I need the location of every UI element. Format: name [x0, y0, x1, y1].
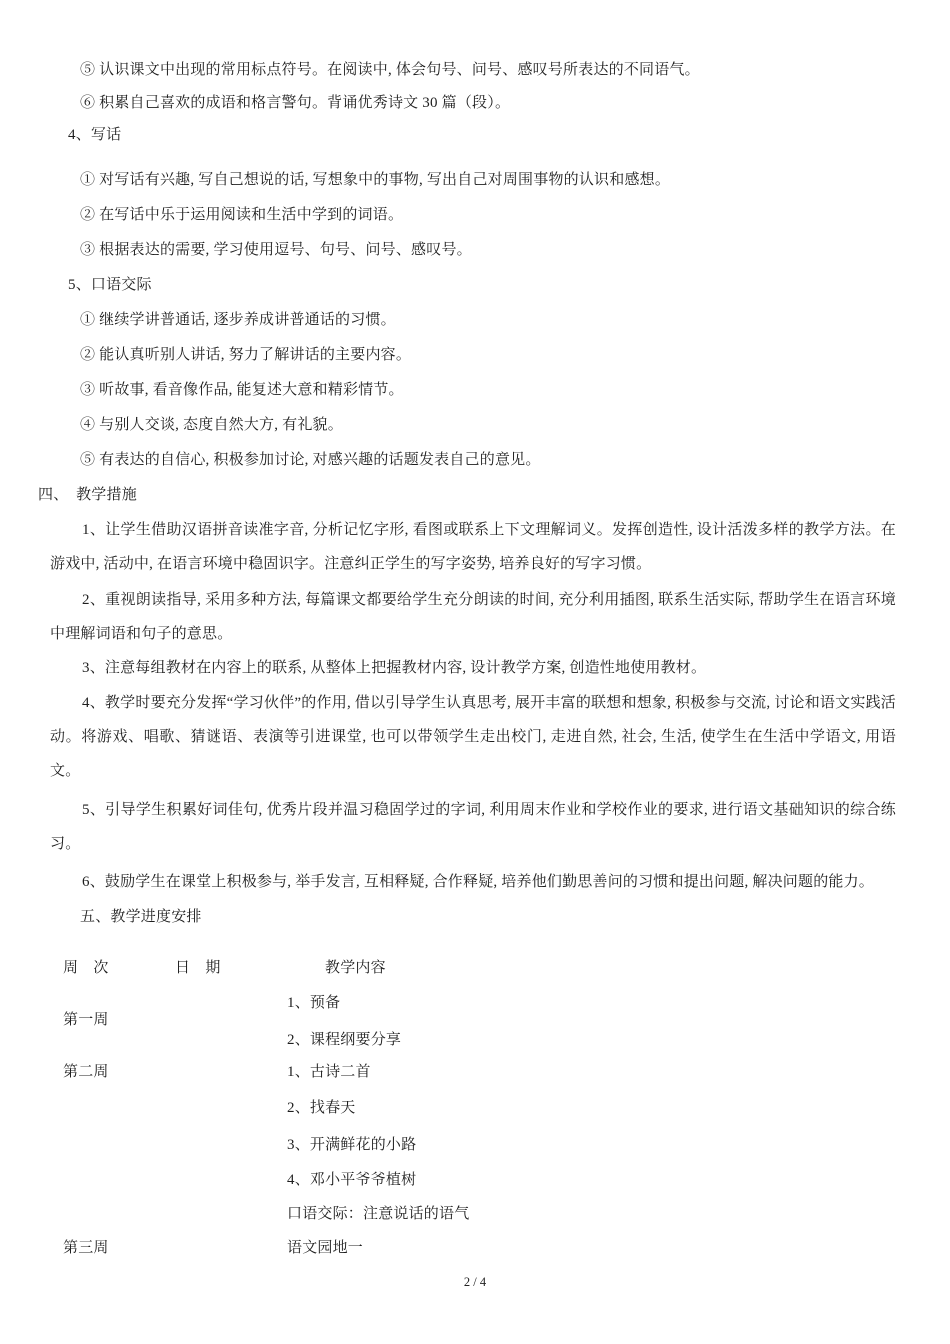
heading-oral-communication: 5、口语交际 — [50, 268, 896, 302]
paragraph-oral-1: ① 继续学讲普通话, 逐步养成讲普通话的习惯。 — [50, 303, 896, 337]
schedule-week-label: 第三周 — [63, 1230, 109, 1266]
schedule-week-label: 第二周 — [63, 1054, 109, 1090]
schedule-item: 口语交际：注意说话的语气 — [287, 1196, 469, 1232]
paragraph-oral-3: ③ 听故事, 看音像作品, 能复述大意和精彩情节。 — [50, 373, 896, 407]
schedule-item: 2、课程纲要分享 — [287, 1022, 401, 1058]
paragraph-oral-2: ② 能认真听别人讲话, 努力了解讲话的主要内容。 — [50, 338, 896, 372]
section-heading-measures: 四、 教学措施 — [50, 478, 896, 512]
schedule-item: 4、邓小平爷爷植树 — [287, 1162, 416, 1198]
paragraph-measure-6: 6、鼓励学生在课堂上积极参与, 举手发言, 互相释疑, 合作释疑, 培养他们勤思… — [50, 865, 896, 899]
schedule-item: 1、预备 — [287, 985, 340, 1021]
paragraph-measure-1: 1、让学生借助汉语拼音读准字音, 分析记忆字形, 看图或联系上下文理解词义。发挥… — [50, 513, 896, 581]
paragraph-punctuation: ⑤ 认识课文中出现的常用标点符号。在阅读中, 体会句号、问号、感叹号所表达的不同… — [50, 53, 896, 87]
paragraph-writing-1: ① 对写话有兴趣, 写自己想说的话, 写想象中的事物, 写出自己对周围事物的认识… — [50, 163, 896, 197]
schedule-item: 1、古诗二首 — [287, 1054, 371, 1090]
paragraph-measure-3: 3、注意每组教材在内容上的联系, 从整体上把握教材内容, 设计教学方案, 创造性… — [50, 651, 896, 685]
schedule-item: 3、开满鲜花的小路 — [287, 1127, 416, 1163]
paragraph-measure-5: 5、引导学生积累好词佳句, 优秀片段并温习稳固学过的字词, 利用周末作业和学校作… — [50, 793, 896, 861]
section-heading-schedule: 五、教学进度安排 — [50, 900, 896, 934]
schedule-header-content: 教学内容 — [325, 950, 386, 986]
paragraph-measure-4: 4、教学时要充分发挥“学习伙伴”的作用, 借以引导学生认真思考, 展开丰富的联想… — [50, 686, 896, 788]
schedule-header-date: 日 期 — [175, 950, 221, 986]
page-number: 2 / 4 — [0, 1270, 950, 1294]
paragraph-writing-3: ③ 根据表达的需要, 学习使用逗号、句号、问号、感叹号。 — [50, 233, 896, 267]
heading-writing: 4、写话 — [50, 118, 896, 152]
schedule-item: 2、找春天 — [287, 1090, 356, 1126]
paragraph-writing-2: ② 在写话中乐于运用阅读和生活中学到的词语。 — [50, 198, 896, 232]
paragraph-idioms: ⑥ 积累自己喜欢的成语和格言警句。背诵优秀诗文 30 篇（段）。 — [50, 86, 896, 120]
paragraph-oral-5: ⑤ 有表达的自信心, 积极参加讨论, 对感兴趣的话题发表自己的意见。 — [50, 443, 896, 477]
schedule-header-week: 周 次 — [63, 950, 109, 986]
schedule-week-label: 第一周 — [63, 1002, 109, 1038]
paragraph-measure-2: 2、重视朗读指导, 采用多种方法, 每篇课文都要给学生充分朗读的时间, 充分利用… — [50, 583, 896, 651]
schedule-item: 语文园地一 — [287, 1230, 363, 1266]
document-page: ⑤ 认识课文中出现的常用标点符号。在阅读中, 体会句号、问号、感叹号所表达的不同… — [0, 0, 950, 1344]
paragraph-oral-4: ④ 与别人交谈, 态度自然大方, 有礼貌。 — [50, 408, 896, 442]
